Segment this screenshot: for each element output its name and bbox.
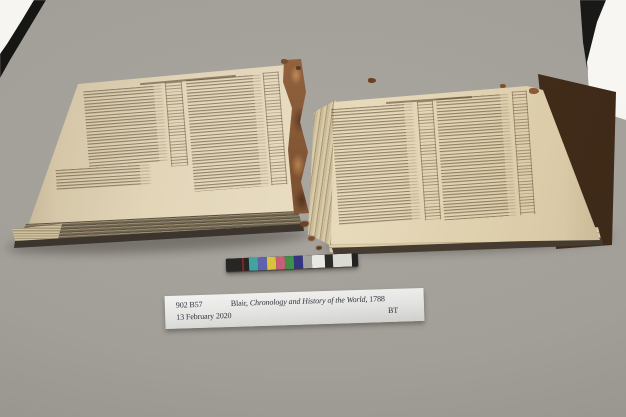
left-page-column1-text: [83, 85, 171, 167]
color-patch: [333, 253, 353, 267]
leather-spine-remnant: [529, 88, 539, 94]
binding-debris: [308, 236, 315, 241]
right-page-column2-text: [436, 94, 519, 221]
label-year: , 1788: [365, 294, 385, 304]
color-patch: [226, 258, 243, 272]
label-photographer-initials: BT: [388, 305, 398, 317]
right-page-column1-text: [331, 103, 424, 227]
binding-debris: [316, 246, 322, 250]
color-patch: [352, 253, 359, 266]
label-title-italic: Chronology and History of the World: [250, 295, 366, 308]
left-page-column2-text: [186, 74, 273, 192]
label-author: Blair,: [231, 298, 250, 308]
photograph-scene: 902 B57 Blair, Chronology and History of…: [0, 0, 626, 417]
leather-fragment: [281, 59, 288, 64]
leather-fragment: [296, 66, 301, 70]
label-date: 13 February 2020: [176, 310, 232, 324]
leather-fragment: [368, 78, 376, 83]
color-scale-bar: [226, 253, 358, 272]
photo-label: 902 B57 Blair, Chronology and History of…: [165, 288, 425, 329]
color-patch: [312, 255, 326, 269]
binding-debris: [300, 221, 309, 227]
leather-fragment: [500, 84, 506, 88]
